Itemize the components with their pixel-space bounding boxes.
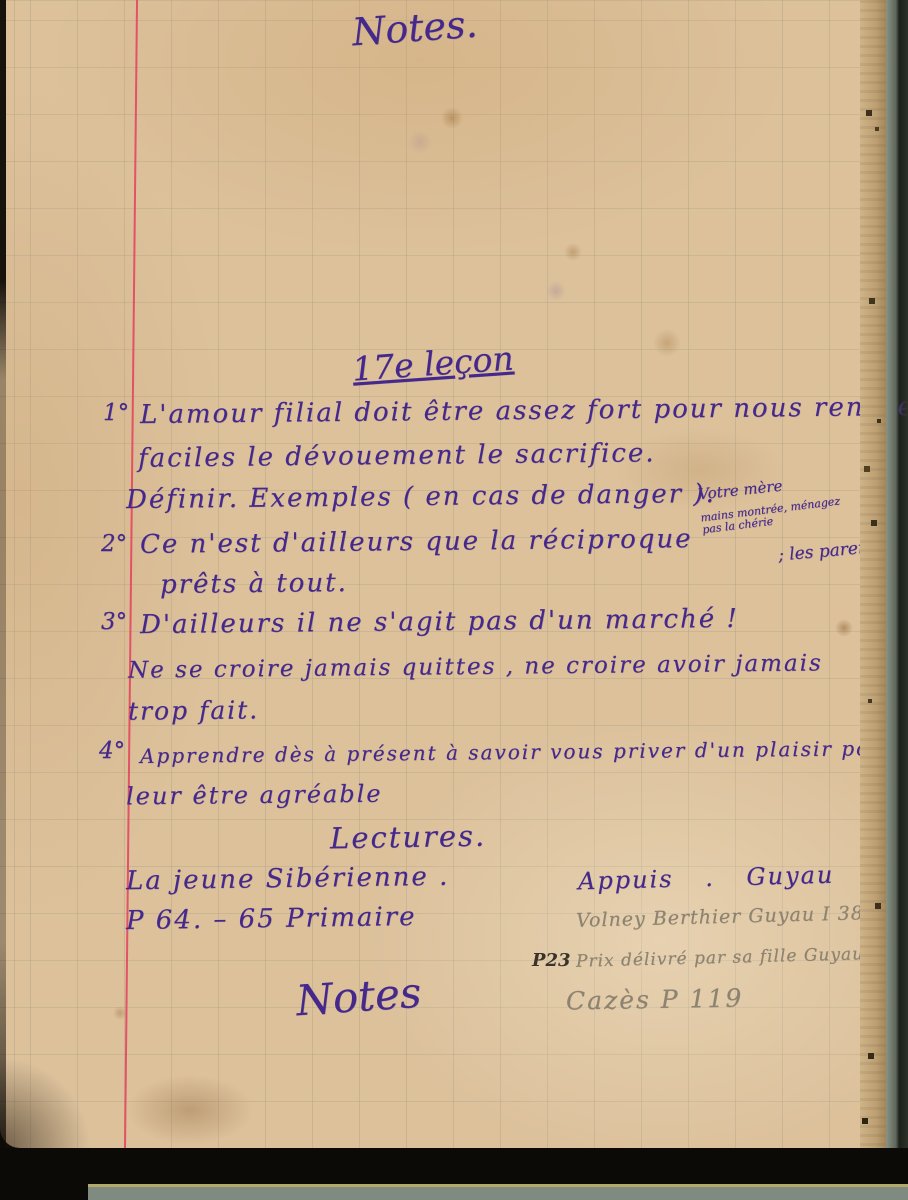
- lesson-line: D'ailleurs il ne s'agit pas d'un marché …: [140, 604, 739, 640]
- item-marker-3: 3°: [101, 609, 127, 635]
- lesson-line: prêts à tout.: [160, 568, 348, 600]
- lesson-line: Définir. Exemples ( en cas de danger ).: [126, 479, 716, 515]
- notebook-page-scan: Notes. 17e leçon 1° 2° 3° 4° L'amour fil…: [0, 0, 908, 1200]
- scan-table-surface: [88, 1184, 908, 1200]
- lesson-line: Ce n'est d'ailleurs que la réciproque: [140, 524, 693, 560]
- book-page-edges: [860, 0, 886, 1152]
- reading-pages: P 64. – 65 Primaire: [126, 902, 417, 936]
- book-binding-edge: [886, 0, 908, 1200]
- page-ref-p23: P23: [532, 950, 571, 971]
- scan-left-edge: [0, 0, 6, 1148]
- lesson-line: trop fait.: [128, 695, 259, 725]
- lesson-line: faciles le dévouement le sacrifice.: [138, 438, 656, 473]
- item-marker-2: 2°: [101, 531, 127, 557]
- reading-title: La jeune Sibérienne .: [126, 862, 450, 897]
- item-marker-1: 1°: [103, 400, 129, 426]
- footer-title: Notes: [294, 968, 422, 1026]
- item-marker-4: 4°: [99, 738, 125, 764]
- page-title: Notes.: [351, 2, 479, 55]
- lesson-line: leur être agréable: [126, 780, 383, 811]
- pencil-note-cazes: Cazès P 119: [566, 983, 744, 1015]
- page-edge-specks: [0, 0, 2, 2]
- lectures-heading: Lectures.: [330, 819, 487, 856]
